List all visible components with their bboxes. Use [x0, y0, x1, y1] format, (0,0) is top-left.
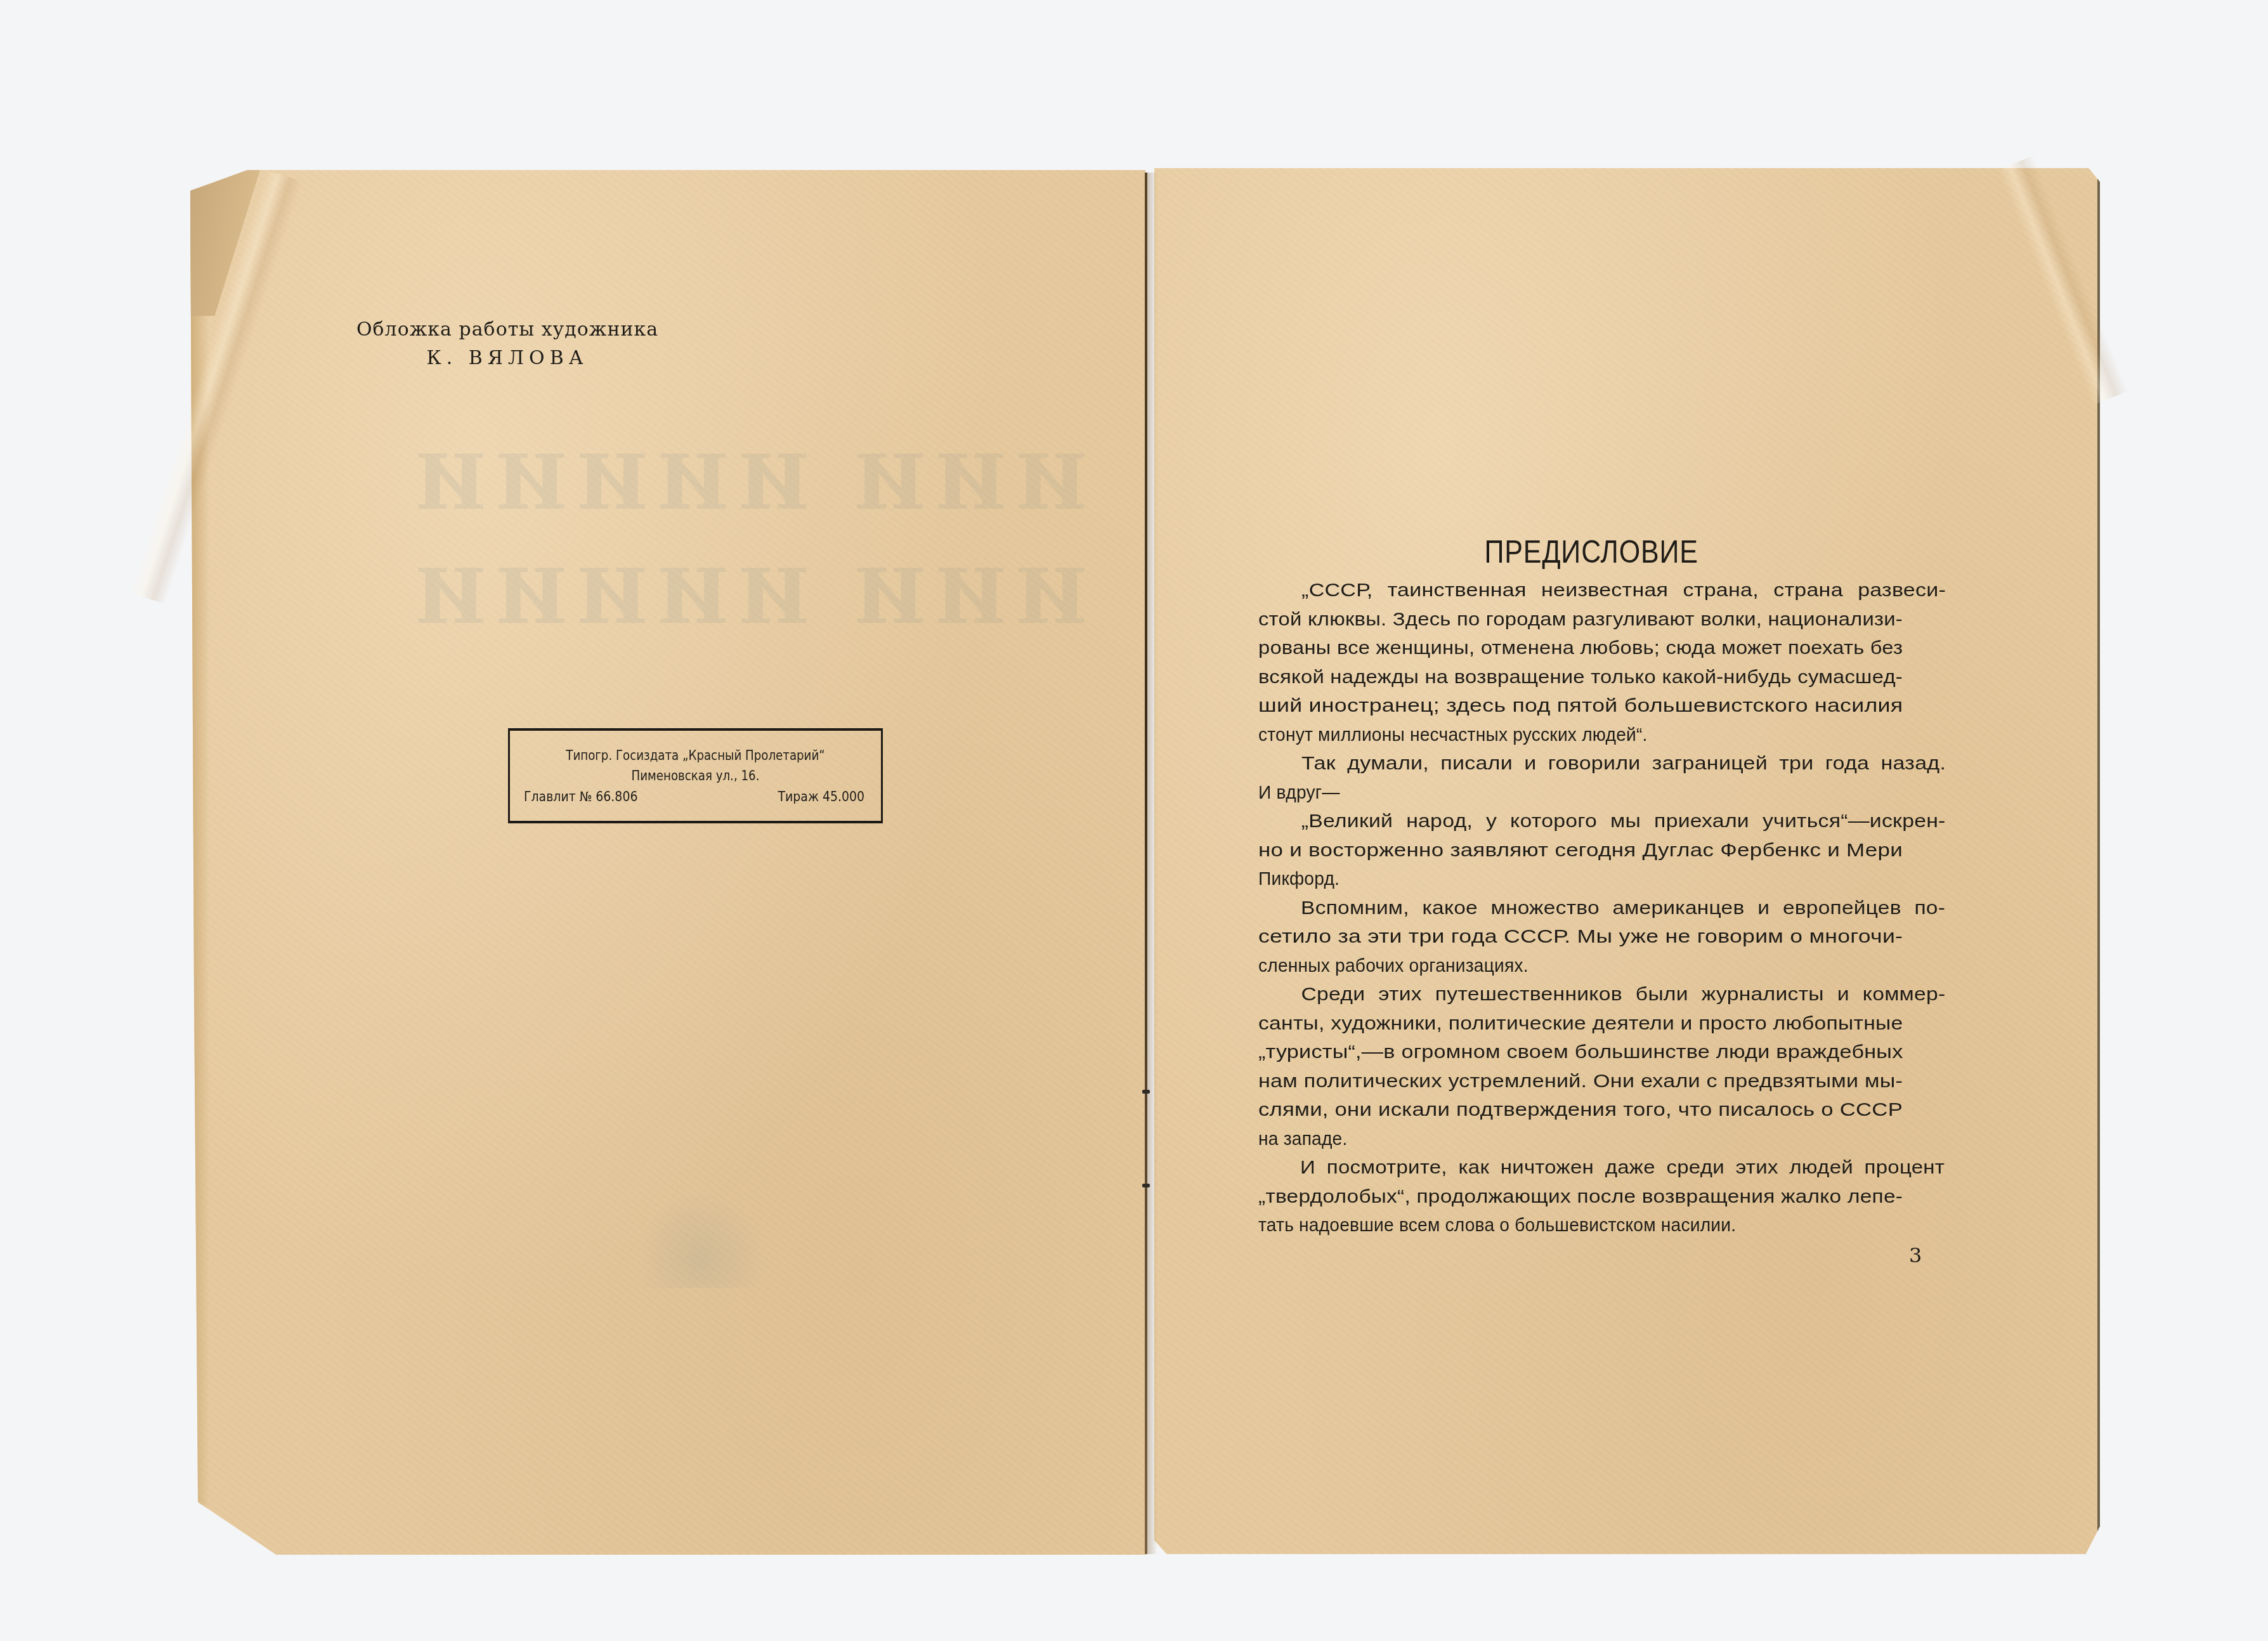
text-line: Среди этих путешественников были журнали… [1258, 980, 1945, 1009]
text-line: сленных рабочих организациях. [1258, 951, 1528, 981]
print-run: Тираж 45.000 [778, 787, 865, 807]
staple-bottom [1142, 1184, 1150, 1187]
left-page [190, 170, 1145, 1555]
text-line: И вдруг— [1258, 778, 1340, 807]
preface-paragraph: Так думали, писали и говорили заграницей… [1258, 749, 1903, 807]
printer-imprint-box: Типогр. Госиздата „Красный Пролетарий“ П… [508, 728, 883, 823]
printer-address: Пименовская ул., 16. [525, 766, 866, 787]
text-line: тать надоевшие всем слова о большевистск… [1258, 1211, 1736, 1240]
text-line: „туристы“,—в огромном своем большинстве … [1258, 1038, 1903, 1067]
text-line: рованы все женщины, отменена любовь; сюд… [1258, 634, 1903, 663]
preface-paragraph: И посмотрите, как ничтожен даже среди эт… [1258, 1153, 1903, 1240]
text-line: нам политических устремлений. Они ехали … [1258, 1067, 1903, 1096]
text-line: Пикфорд. [1258, 865, 1339, 894]
text-line: Так думали, писали и говорили заграницей… [1258, 749, 1946, 778]
show-through-text: ИИИ ИИИИИ [406, 552, 1088, 641]
text-line: стонут миллионы несчастных русских людей… [1258, 721, 1648, 750]
text-line: санты, художники, политические деятели и… [1258, 1009, 1903, 1038]
text-line: И посмотрите, как ничтожен даже среди эт… [1258, 1153, 1945, 1182]
imprint-numbers: Главлит № 66.806 Тираж 45.000 [510, 787, 881, 807]
printer-name: Типогр. Госиздата „Красный Пролетарий“ [525, 746, 866, 766]
text-line: стой клюквы. Здесь по городам разгуливаю… [1258, 605, 1903, 634]
text-line: сетило за эти три года СССР. Мы уже не г… [1258, 922, 1903, 951]
text-line: „СССР, таинственная неизвестная страна, … [1258, 576, 1946, 605]
preface-body: „СССР, таинственная неизвестная страна, … [1258, 576, 1903, 1240]
text-line: на западе. [1258, 1125, 1347, 1154]
text-line: всякой надежды на возвращение только как… [1258, 663, 1903, 692]
preface-paragraph: Вспомним, какое множество американцев и … [1258, 894, 1903, 981]
text-line: „твердолобых“, продолжающих после возвра… [1258, 1182, 1903, 1212]
cover-credit: Обложка работы художника К. ВЯЛОВА [317, 316, 698, 373]
artist-name: К. ВЯЛОВА [317, 344, 698, 373]
book-spine [1145, 173, 1147, 1554]
spine-shadow [1147, 173, 1157, 1554]
preface-section: ПРЕДИСЛОВИЕ „СССР, таинственная неизвест… [1258, 532, 1903, 1240]
page-number: 3 [1909, 1243, 1922, 1267]
staple-top [1142, 1090, 1150, 1094]
text-line: ший иностранец; здесь под пятой большеви… [1258, 691, 1903, 721]
text-line: „Великий народ, у которого мы приехали у… [1258, 807, 1946, 836]
preface-paragraph: „Великий народ, у которого мы приехали у… [1258, 807, 1903, 894]
show-through-emblem [637, 1193, 764, 1288]
text-line: но и восторженно заявляют сегодня Дуглас… [1258, 836, 1903, 865]
preface-title: ПРЕДИСЛОВИЕ [1303, 532, 1858, 572]
cover-credit-line: Обложка работы художника [317, 316, 698, 344]
text-line: слями, они искали подтверждения того, чт… [1258, 1095, 1903, 1125]
text-line: Вспомним, какое множество американцев и … [1258, 894, 1945, 923]
preface-paragraph: Среди этих путешественников были журнали… [1258, 980, 1903, 1153]
show-through-text: ИИИ ИИИИИ [406, 438, 1088, 527]
preface-paragraph: „СССР, таинственная неизвестная страна, … [1258, 576, 1903, 749]
glavlit-number: Главлит № 66.806 [524, 787, 637, 807]
